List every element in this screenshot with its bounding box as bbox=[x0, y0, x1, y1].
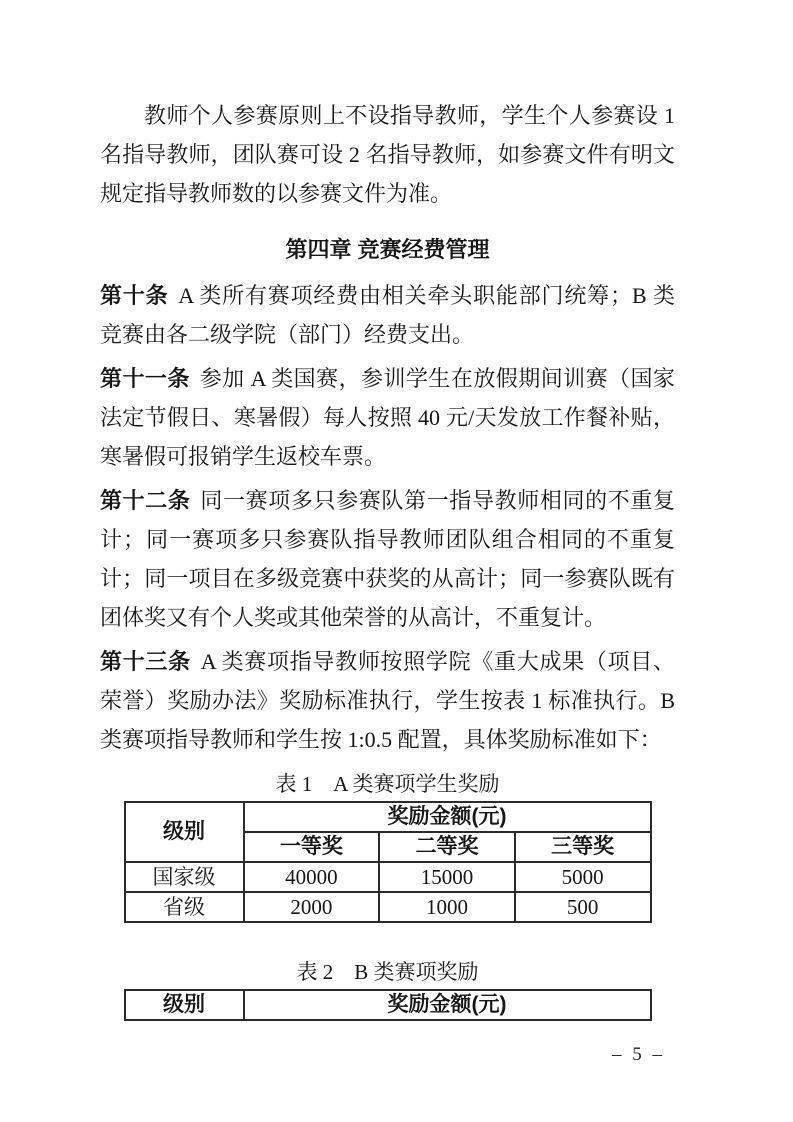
chapter-heading: 第四章 竞赛经费管理 bbox=[100, 230, 675, 269]
table1-provincial-first: 2000 bbox=[244, 892, 380, 922]
document-page: 教师个人参赛原则上不设指导教师，学生个人参赛设 1 名指导教师，团队赛可设 2 … bbox=[0, 0, 793, 1122]
table1-national-third: 5000 bbox=[515, 862, 651, 892]
table1-national-level: 国家级 bbox=[125, 862, 244, 892]
article-12: 第十二条同一赛项多只参赛队第一指导教师相同的不重复计；同一赛项多只参赛队指导教师… bbox=[100, 481, 675, 637]
table2-header-row: 级别 奖励金额(元) bbox=[125, 990, 651, 1020]
article-13-number: 第十三条 bbox=[100, 649, 191, 674]
table1-header-amount: 奖励金额(元) bbox=[244, 802, 651, 832]
article-11-number: 第十一条 bbox=[100, 366, 190, 391]
table-row-national: 国家级 40000 15000 5000 bbox=[125, 862, 651, 892]
table1-header-row-1: 级别 奖励金额(元) bbox=[125, 802, 651, 832]
page-number: – 5 – bbox=[612, 1045, 665, 1064]
table2-caption: 表 2 B 类赛项奖励 bbox=[100, 957, 675, 987]
table1-subheader-second-prize: 二等奖 bbox=[379, 832, 515, 862]
article-10-text: A 类所有赛项经费由相关牵头职能部门统筹；B 类竞赛由各二级学院（部门）经费支出… bbox=[100, 283, 675, 347]
table1-provincial-third: 500 bbox=[515, 892, 651, 922]
article-11: 第十一条参加 A 类国赛，参训学生在放假期间训赛（国家法定节假日、寒暑假）每人按… bbox=[100, 359, 675, 476]
article-10: 第十条A 类所有赛项经费由相关牵头职能部门统筹；B 类竞赛由各二级学院（部门）经… bbox=[100, 276, 675, 354]
table1-national-first: 40000 bbox=[244, 862, 380, 892]
table2-header-amount: 奖励金额(元) bbox=[244, 990, 651, 1020]
table2-header-level: 级别 bbox=[125, 990, 244, 1020]
table1-national-second: 15000 bbox=[379, 862, 515, 892]
table1-caption: 表 1 A 类赛项学生奖励 bbox=[100, 769, 675, 799]
table1-subheader-first-prize: 一等奖 bbox=[244, 832, 380, 862]
table-row-provincial: 省级 2000 1000 500 bbox=[125, 892, 651, 922]
table1-a-class-student-rewards: 级别 奖励金额(元) 一等奖 二等奖 三等奖 国家级 40000 15000 5… bbox=[124, 801, 652, 923]
table1-provincial-level: 省级 bbox=[125, 892, 244, 922]
table1-provincial-second: 1000 bbox=[379, 892, 515, 922]
article-12-number: 第十二条 bbox=[100, 488, 191, 513]
table2-b-class-rewards: 级别 奖励金额(元) bbox=[124, 989, 652, 1021]
article-13: 第十三条A 类赛项指导教师按照学院《重大成果（项目、荣誉）奖励办法》奖励标准执行… bbox=[100, 642, 675, 759]
table1-header-level: 级别 bbox=[125, 802, 244, 862]
intro-paragraph: 教师个人参赛原则上不设指导教师，学生个人参赛设 1 名指导教师，团队赛可设 2 … bbox=[100, 96, 675, 213]
article-10-number: 第十条 bbox=[100, 283, 168, 308]
table1-subheader-third-prize: 三等奖 bbox=[515, 832, 651, 862]
